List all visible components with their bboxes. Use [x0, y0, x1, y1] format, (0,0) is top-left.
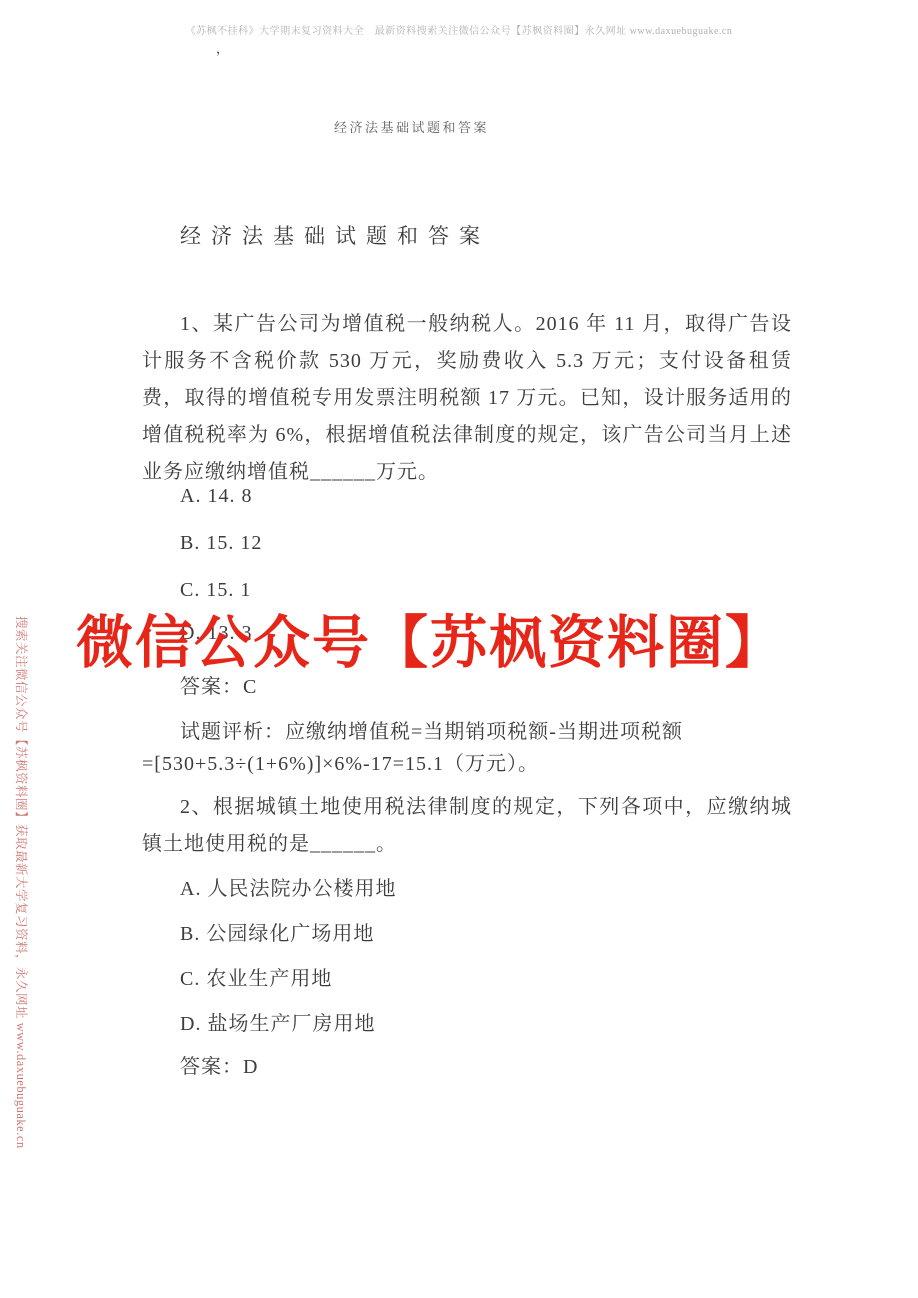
- document-page: 《苏枫不挂科》大学期末复习资料大全 最新资料搜索关注微信公众号【苏枫资料圈】永久…: [0, 0, 918, 1298]
- question-2-option-d: D. 盐场生产厂房用地: [180, 1007, 375, 1036]
- question-1-text: 1、某广告公司为增值税一般纳税人。2016 年 11 月，取得广告设计服务不含税…: [142, 306, 792, 491]
- question-2-answer: 答案：D: [180, 1050, 258, 1079]
- doc-subtitle: 经济法基础试题和答案: [334, 117, 489, 136]
- question-1-option-a: A. 14. 8: [180, 485, 252, 508]
- doc-heading: 经济法基础试题和答案: [180, 220, 490, 250]
- question-2-text: 2、根据城镇土地使用税法律制度的规定，下列各项中，应缴纳城镇土地使用税的是___…: [142, 789, 792, 863]
- watermark-left-vertical: 搜索关注微信公众号【苏枫资料圈】获取最新大学复习资料，永久网址 www.daxu…: [13, 616, 31, 1096]
- watermark-banner: 微信公众号【苏枫资料圈】: [76, 597, 784, 679]
- stray-comma: ，: [216, 38, 229, 57]
- question-1-analysis: 试题评析：应缴纳增值税=当期销项税额-当期进项税额: [180, 715, 683, 744]
- question-2-option-b: B. 公园绿化广场用地: [180, 917, 374, 946]
- question-2-option-a: A. 人民法院办公楼用地: [180, 872, 396, 901]
- question-1-option-b: B. 15. 12: [180, 532, 262, 555]
- question-1-analysis-formula: =[530+5.3÷(1+6%)]×6%-17=15.1（万元）。: [142, 747, 539, 776]
- question-2-option-c: C. 农业生产用地: [180, 962, 332, 991]
- site-header-text: 《苏枫不挂科》大学期末复习资料大全 最新资料搜索关注微信公众号【苏枫资料圈】永久…: [0, 22, 918, 37]
